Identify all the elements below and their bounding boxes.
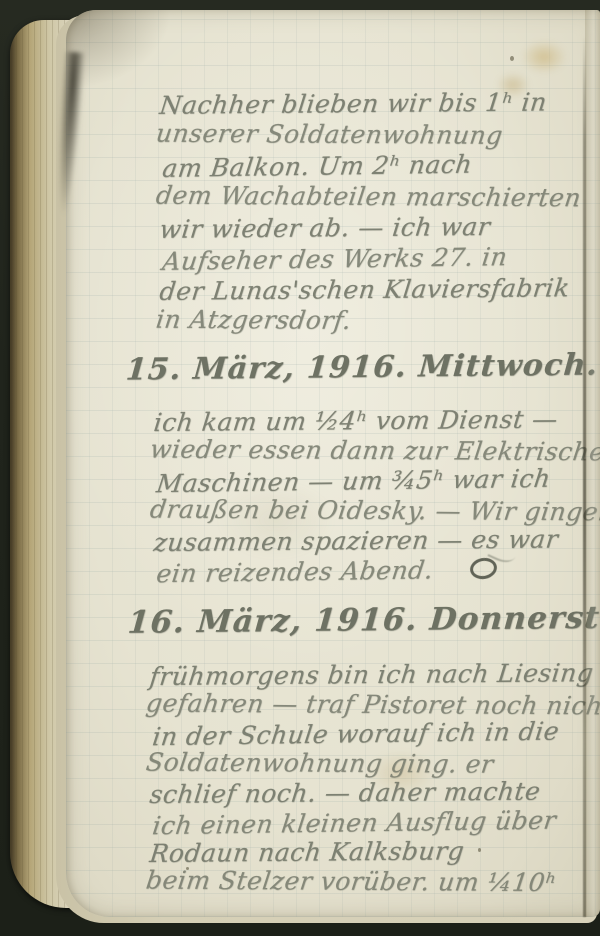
handwritten-line: Rodaun nach Kalksburg [148,835,600,869]
handwritten-line: schlief noch. — daher machte [148,776,600,810]
handwritten-line: Maschinen — um ¾5ʰ war ich [155,463,600,500]
handwritten-line: der Lunas'schen Klaviersfabrik [158,272,587,307]
handwritten-line: gefahren — traf Pistoret noch nicht [144,688,600,720]
diary-paragraph-march-15: ich kam um ½4ʰ vom Dienst — wieder essen… [154,406,600,586]
diary-paragraph-previous-entry: Nachher blieben wir bis 1ʰ in unserer So… [160,88,585,336]
notebook-page: Nachher blieben wir bis 1ʰ in unserer So… [66,10,600,917]
handwritten-line: wir wieder ab. — ich war [158,210,587,245]
page-right-edge [583,36,586,917]
handwritten-line: in Atzgersdorf. [154,304,583,338]
page-right-margin-strip [585,10,600,917]
date-heading-march-15: 15. März, 1916. Mittwoch. [124,348,599,388]
handwritten-line: frühmorgens bin ich nach Liesing [148,658,600,692]
handwritten-line: ein reizendes Abend. [155,553,600,590]
photo-background: Nachher blieben wir bis 1ʰ in unserer So… [0,0,600,936]
handwritten-line: zusammen spazieren — es war [152,524,600,558]
handwritten-line: ich kam um ½4ʰ vom Dienst — [152,404,600,438]
handwritten-line: Soldatenwohnung ging. er [144,747,600,779]
handwritten-line: beim Stelzer vorüber. um ¼10ʰ [144,865,600,897]
handwritten-line: draußen bei Oidesky. — Wir gingen [148,495,600,528]
handwritten-line: wieder essen dann zur Elektrischen [148,435,600,468]
handwritten-line: am Balkon. Um 2ʰ nach [161,147,591,184]
handwritten-line: in der Schule worauf ich in die [151,716,600,752]
handwritten-line: unserer Soldatenwohnung [154,118,583,152]
handwritten-line: dem Wachabteilen marschierten [154,180,583,214]
handwritten-line: Aufseher des Werks 27. in [161,240,591,277]
handwritten-line: Nachher blieben wir bis 1ʰ in [158,86,587,121]
diary-paragraph-march-16: frühmorgens bin ich nach Liesing gefahre… [150,660,600,896]
handwritten-diary-text: Nachher blieben wir bis 1ʰ in unserer So… [66,10,600,917]
date-heading-march-16: 16. März, 1916. Donnerstag. [126,599,600,641]
